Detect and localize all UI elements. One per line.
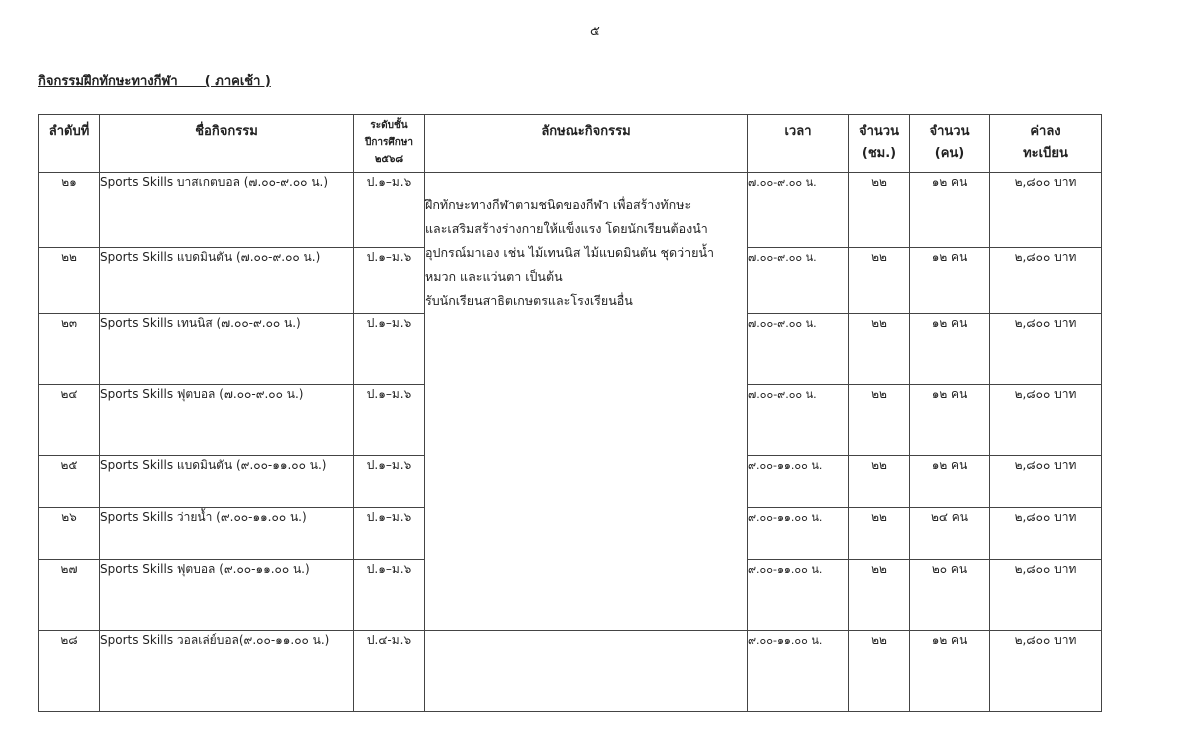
capacity: ๑๒ คน [910, 248, 990, 314]
hours: ๒๒ [849, 314, 910, 385]
grade-level: ป.๔-ม.๖ [354, 631, 425, 712]
registration-fee: ๒,๘๐๐ บาท [990, 173, 1102, 248]
activity-name: Sports Skills วอลเล่ย์บอล(๙.๐๐-๑๑.๐๐ น.) [100, 631, 354, 712]
grade-level: ป.๑–ม.๖ [354, 248, 425, 314]
table-row: ๒๑Sports Skills บาสเกตบอล (๗.๐๐-๙.๐๐ น.)… [39, 173, 1102, 248]
activity-name: Sports Skills แบดมินตัน (๙.๐๐-๑๑.๐๐ น.) [100, 456, 354, 508]
registration-fee: ๒,๘๐๐ บาท [990, 560, 1102, 631]
row-number: ๒๕ [39, 456, 100, 508]
time-slot: ๗.๐๐-๙.๐๐ น. [748, 248, 849, 314]
header-time: เวลา [748, 115, 849, 173]
row-number: ๒๒ [39, 248, 100, 314]
table-row: ๒๘Sports Skills วอลเล่ย์บอล(๙.๐๐-๑๑.๐๐ น… [39, 631, 1102, 712]
hours: ๒๒ [849, 385, 910, 456]
grade-level: ป.๑–ม.๖ [354, 508, 425, 560]
time-slot: ๗.๐๐-๙.๐๐ น. [748, 385, 849, 456]
capacity: ๑๒ คน [910, 385, 990, 456]
hours: ๒๒ [849, 560, 910, 631]
time-slot: ๗.๐๐-๙.๐๐ น. [748, 314, 849, 385]
row-number: ๒๓ [39, 314, 100, 385]
table-header-row: ลำดับที่ ชื่อกิจกรรม ระดับชั้น ปีการศึกษ… [39, 115, 1102, 173]
registration-fee: ๒,๘๐๐ บาท [990, 385, 1102, 456]
hours: ๒๒ [849, 248, 910, 314]
header-hours: จำนวน (ชม.) [849, 115, 910, 173]
row-number: ๒๔ [39, 385, 100, 456]
registration-fee: ๒,๘๐๐ บาท [990, 508, 1102, 560]
capacity: ๑๒ คน [910, 314, 990, 385]
activities-table: ลำดับที่ ชื่อกิจกรรม ระดับชั้น ปีการศึกษ… [38, 114, 1102, 712]
page-number: ๕ [590, 20, 600, 41]
header-description: ลักษณะกิจกรรม [425, 115, 748, 173]
activity-description [425, 631, 748, 712]
registration-fee: ๒,๘๐๐ บาท [990, 248, 1102, 314]
time-slot: ๙.๐๐-๑๑.๐๐ น. [748, 631, 849, 712]
time-slot: ๙.๐๐-๑๑.๐๐ น. [748, 560, 849, 631]
grade-level: ป.๑–ม.๖ [354, 314, 425, 385]
row-number: ๒๘ [39, 631, 100, 712]
header-no: ลำดับที่ [39, 115, 100, 173]
hours: ๒๒ [849, 631, 910, 712]
activity-name: Sports Skills ฟุตบอล (๙.๐๐-๑๑.๐๐ น.) [100, 560, 354, 631]
capacity: ๑๒ คน [910, 631, 990, 712]
hours: ๒๒ [849, 508, 910, 560]
header-people: จำนวน (คน) [910, 115, 990, 173]
activity-description: ฝึกทักษะทางกีฬาตามชนิดของกีฬา เพื่อสร้าง… [425, 173, 748, 631]
time-slot: ๙.๐๐-๑๑.๐๐ น. [748, 456, 849, 508]
hours: ๒๒ [849, 456, 910, 508]
registration-fee: ๒,๘๐๐ บาท [990, 456, 1102, 508]
row-number: ๒๗ [39, 560, 100, 631]
activity-name: Sports Skills ฟุตบอล (๗.๐๐-๙.๐๐ น.) [100, 385, 354, 456]
activity-name: Sports Skills ว่ายน้ำ (๙.๐๐-๑๑.๐๐ น.) [100, 508, 354, 560]
activity-name: Sports Skills เทนนิส (๗.๐๐-๙.๐๐ น.) [100, 314, 354, 385]
row-number: ๒๖ [39, 508, 100, 560]
grade-level: ป.๑–ม.๖ [354, 456, 425, 508]
activity-name: Sports Skills บาสเกตบอล (๗.๐๐-๙.๐๐ น.) [100, 173, 354, 248]
capacity: ๑๒ คน [910, 456, 990, 508]
grade-level: ป.๑–ม.๖ [354, 385, 425, 456]
grade-level: ป.๑–ม.๖ [354, 173, 425, 248]
capacity: ๒๔ คน [910, 508, 990, 560]
grade-level: ป.๑–ม.๖ [354, 560, 425, 631]
header-fee: ค่าลง ทะเบียน [990, 115, 1102, 173]
row-number: ๒๑ [39, 173, 100, 248]
activity-name: Sports Skills แบดมินตัน (๗.๐๐-๙.๐๐ น.) [100, 248, 354, 314]
time-slot: ๗.๐๐-๙.๐๐ น. [748, 173, 849, 248]
capacity: ๒๐ คน [910, 560, 990, 631]
header-name: ชื่อกิจกรรม [100, 115, 354, 173]
header-level: ระดับชั้น ปีการศึกษา ๒๕๖๘ [354, 115, 425, 173]
time-slot: ๙.๐๐-๑๑.๐๐ น. [748, 508, 849, 560]
registration-fee: ๒,๘๐๐ บาท [990, 631, 1102, 712]
section-title: กิจกรรมฝึกทักษะทางกีฬา ( ภาคเช้า ) [38, 70, 271, 91]
registration-fee: ๒,๘๐๐ บาท [990, 314, 1102, 385]
capacity: ๑๒ คน [910, 173, 990, 248]
hours: ๒๒ [849, 173, 910, 248]
